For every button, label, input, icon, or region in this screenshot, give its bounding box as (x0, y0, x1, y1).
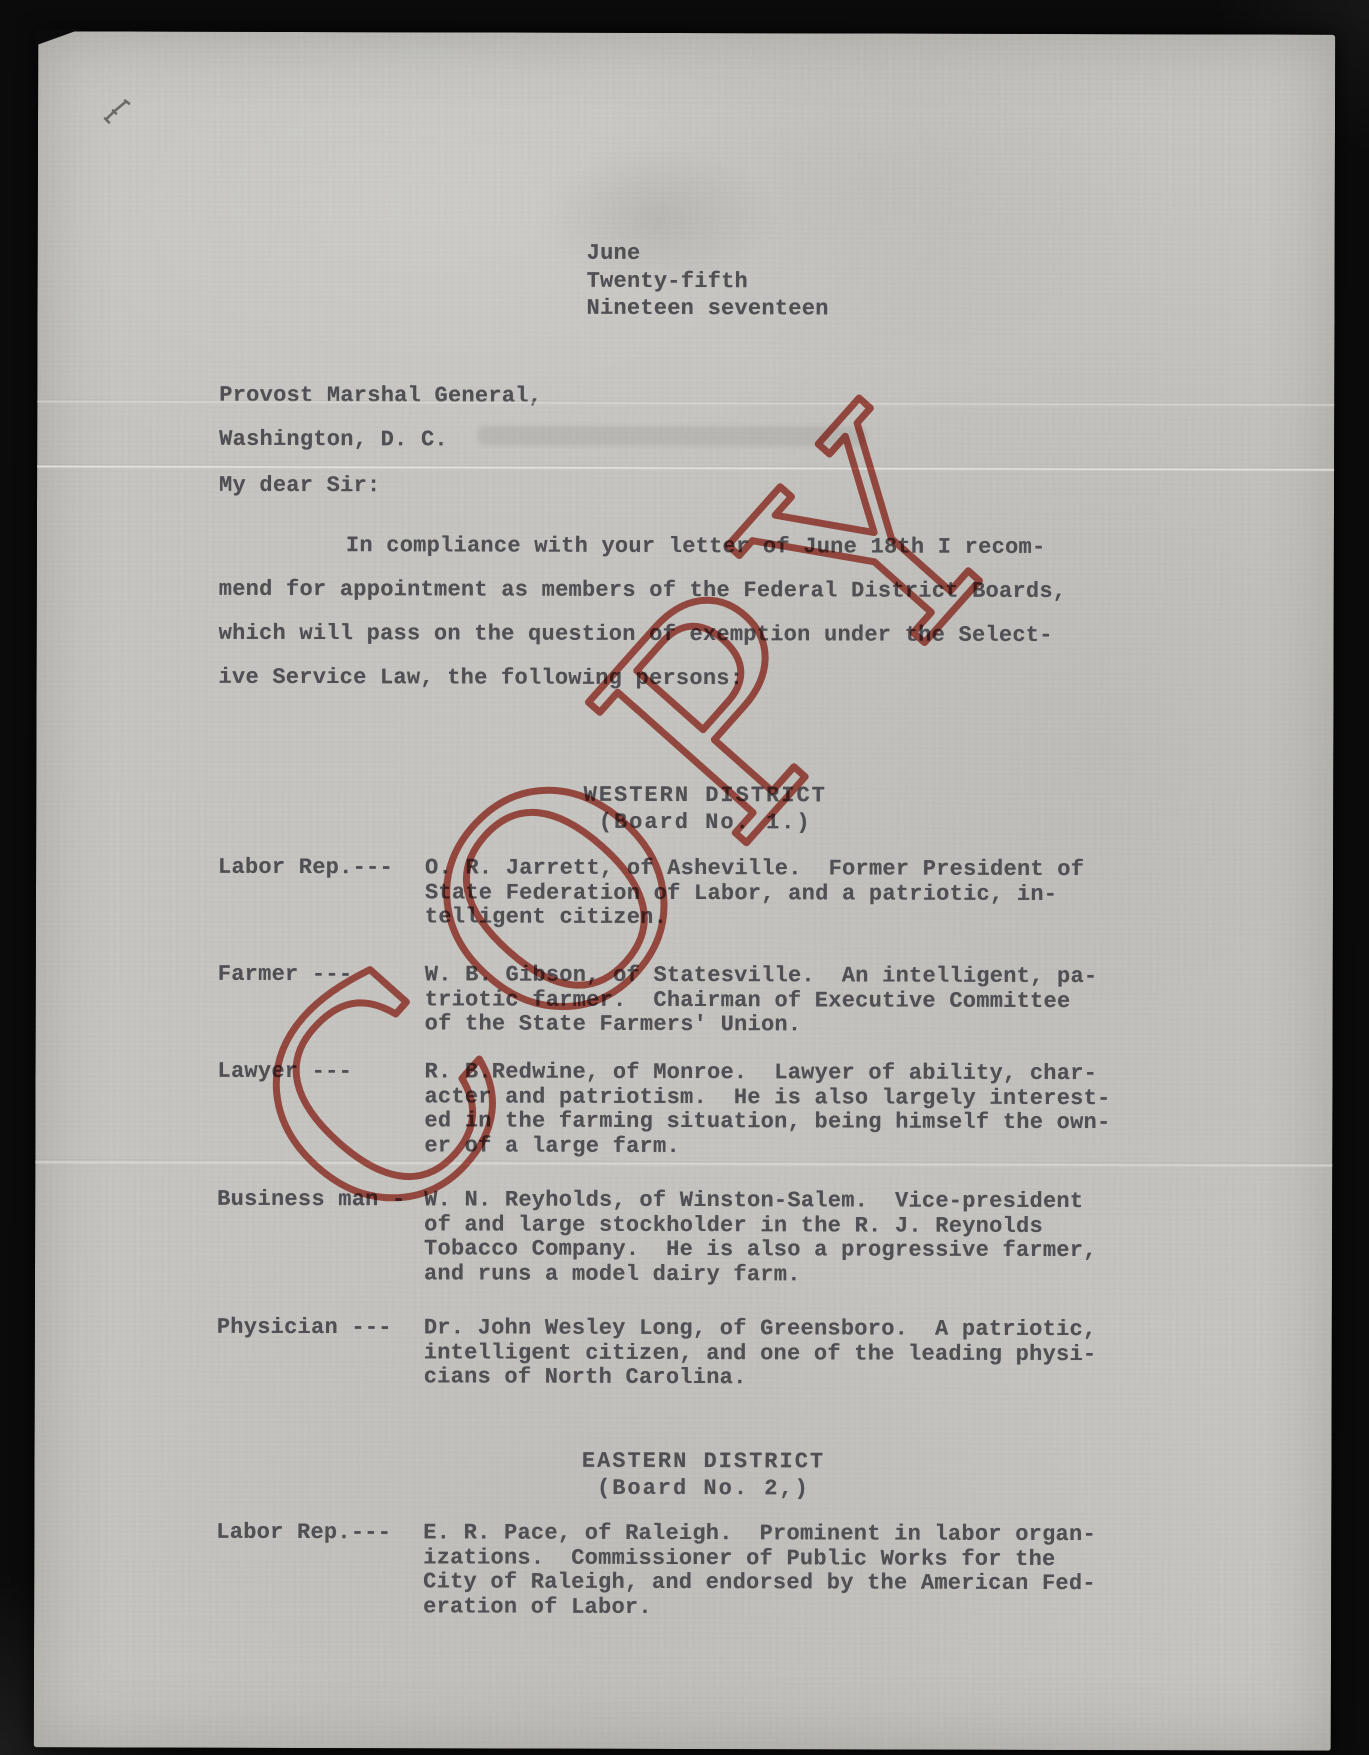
entry-description: Dr. John Wesley Long, of Greensboro. A p… (424, 1316, 1097, 1391)
entry-line: O. R. Jarrett, of Asheville. Former Pres… (425, 856, 1084, 882)
paragraph-line: mend for appointment as members of the F… (219, 568, 1067, 614)
entry-line: izations. Commissioner of Public Works f… (423, 1546, 1096, 1572)
entry-line: cians of North Carolina. (424, 1365, 1097, 1391)
entry-label: Labor Rep.--- (218, 856, 393, 881)
entry-line: er of a large farm. (424, 1134, 1110, 1160)
scanner-background: June Twenty-fifth Nineteen seventeen Pro… (0, 0, 1369, 1755)
entry-line: and runs a model dairy farm. (424, 1262, 1097, 1288)
entry-label: Business man - (217, 1188, 405, 1213)
entry-line: acter and patriotism. He is also largely… (424, 1085, 1110, 1111)
fold-crease (35, 1159, 1332, 1167)
entry-label: Lawyer --- (217, 1060, 352, 1085)
entry-line: ed in the farming situation, being himse… (424, 1109, 1110, 1135)
erased-text-smudge (477, 425, 867, 446)
entry-description: W. N. Reyholds, of Winston-Salem. Vice-p… (424, 1188, 1097, 1288)
entry-line: State Federation of Labor, and a patriot… (425, 881, 1084, 907)
district-title: WESTERN DISTRICT (425, 781, 985, 809)
entry-line: Dr. John Wesley Long, of Greensboro. A p… (424, 1316, 1097, 1342)
ink-speck-mark (100, 93, 146, 127)
entry-line: R. B.Redwine, of Monroe. Lawyer of abili… (424, 1060, 1110, 1086)
district-subtitle: (Board No. 1.) (425, 808, 985, 836)
district-subtitle: (Board No. 2,) (423, 1474, 983, 1502)
district-heading-western: WESTERN DISTRICT (Board No. 1.) (425, 781, 985, 836)
paragraph-line: ive Service Law, the following persons: (218, 656, 1066, 702)
entry-line: W. N. Reyholds, of Winston-Salem. Vice-p… (424, 1188, 1097, 1214)
entry-line: triotic farmer. Chairman of Executive Co… (425, 988, 1098, 1014)
entry-line: Tobacco Company. He is also a progressiv… (424, 1237, 1097, 1263)
entry-line: City of Raleigh, and endorsed by the Ame… (423, 1570, 1096, 1596)
entry-description: E. R. Pace, of Raleigh. Prominent in lab… (423, 1521, 1096, 1621)
entry-description: O. R. Jarrett, of Asheville. Former Pres… (425, 856, 1084, 931)
entry-label: Labor Rep.--- (216, 1521, 391, 1546)
entry-line: eration of Labor. (423, 1595, 1096, 1621)
salutation: My dear Sir: (219, 474, 381, 499)
opening-paragraph: In compliance with your letter of June 1… (218, 524, 1066, 702)
entry-line: W. B. Gibson, of Statesville. An intelli… (425, 963, 1098, 989)
district-heading-eastern: EASTERN DISTRICT (Board No. 2,) (423, 1447, 983, 1502)
fold-crease (37, 464, 1334, 471)
entry-description: R. B.Redwine, of Monroe. Lawyer of abili… (424, 1060, 1110, 1160)
entry-line: of and large stockholder in the R. J. Re… (424, 1213, 1097, 1239)
district-title: EASTERN DISTRICT (423, 1447, 983, 1475)
entry-line: intelligent citizen, and one of the lead… (424, 1341, 1097, 1367)
entry-line: E. R. Pace, of Raleigh. Prominent in lab… (423, 1521, 1096, 1547)
date-line: Twenty-fifth (587, 267, 829, 295)
paper-corner-notch (36, 29, 80, 45)
date-line: June (587, 240, 829, 268)
entry-line: telligent citizen. (425, 905, 1084, 931)
recipient-line: Provost Marshal General, (219, 384, 542, 409)
paragraph-line: In compliance with your letter of June 1… (346, 524, 1067, 570)
document-page: June Twenty-fifth Nineteen seventeen Pro… (34, 31, 1335, 1750)
date-line: Nineteen seventeen (586, 295, 828, 323)
paragraph-line: which will pass on the question of exemp… (219, 612, 1067, 658)
date-block: June Twenty-fifth Nineteen seventeen (586, 240, 828, 323)
entry-line: of the State Farmers' Union. (425, 1012, 1098, 1038)
entry-label: Physician --- (217, 1316, 392, 1341)
entry-description: W. B. Gibson, of Statesville. An intelli… (425, 963, 1098, 1038)
recipient-line: Washington, D. C. (219, 428, 448, 453)
entry-label: Farmer --- (218, 963, 353, 988)
